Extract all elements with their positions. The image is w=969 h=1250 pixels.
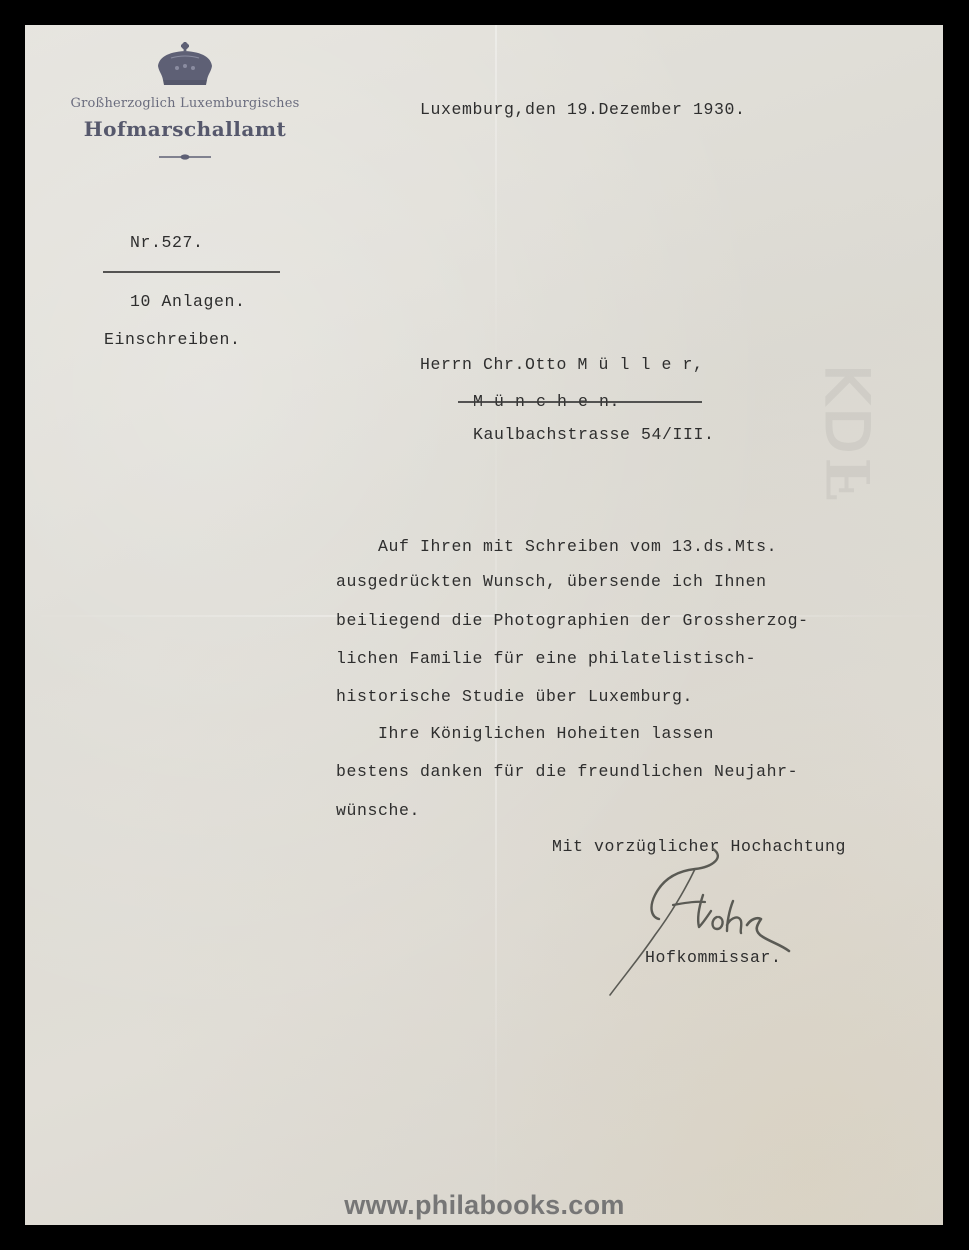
reference-number: Nr.527. bbox=[130, 233, 204, 252]
dateline: Luxemburg,den 19.Dezember 1930. bbox=[420, 100, 746, 119]
enclosures-note: 10 Anlagen. bbox=[130, 292, 246, 311]
recipient-street: Kaulbachstrasse 54/III. bbox=[473, 425, 715, 444]
body-line: wünsche. bbox=[336, 801, 420, 820]
handwritten-signature bbox=[585, 845, 835, 1005]
letterhead-line1: Großherzoglich Luxemburgisches bbox=[60, 96, 310, 111]
watermark-url: www.philabooks.com bbox=[0, 1190, 969, 1221]
reference-rule bbox=[103, 271, 280, 273]
body-line: Ihre Königlichen Hoheiten lassen bbox=[336, 724, 714, 743]
body-line: ausgedrückten Wunsch, übersende ich Ihne… bbox=[336, 572, 767, 591]
letterhead: Großherzoglich Luxemburgisches Hofmarsch… bbox=[60, 40, 310, 161]
body-line: historische Studie über Luxemburg. bbox=[336, 687, 693, 706]
body-line: beiliegend die Photographien der Grosshe… bbox=[336, 611, 809, 630]
recipient-name: Herrn Chr.Otto M ü l l e r, bbox=[420, 355, 704, 374]
recipient-rule bbox=[458, 401, 702, 403]
body-line: lichen Familie für eine philatelistisch- bbox=[336, 649, 756, 668]
signatory-title: Hofkommissar. bbox=[645, 948, 782, 967]
ornament-divider-icon bbox=[159, 153, 211, 161]
mail-type-note: Einschreiben. bbox=[104, 330, 241, 349]
body-line: Auf Ihren mit Schreiben vom 13.ds.Mts. bbox=[336, 537, 777, 556]
body-line: bestens danken für die freundlichen Neuj… bbox=[336, 762, 798, 781]
crown-icon bbox=[155, 40, 215, 88]
letterhead-office-name: Hofmarschallamt bbox=[60, 117, 310, 141]
bleed-through-stamp: ꟻꓷꓘ bbox=[815, 200, 885, 500]
